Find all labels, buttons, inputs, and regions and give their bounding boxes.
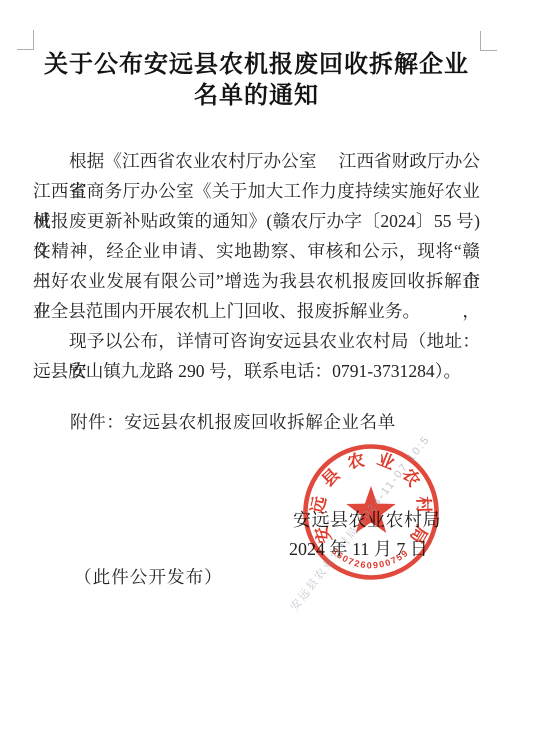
body-line: 江西省商务厅办公室《关于加大工作力度持续实施好农业机 — [33, 176, 480, 206]
document-body: 根据《江西省农业农村厅办公室 江西省财政厅办公室 江西省商务厅办公室《关于加大工… — [33, 146, 480, 386]
document-title: 关于公布安远县农机报废回收拆解企业 名单的通知 — [33, 50, 480, 112]
body-line: 在全县范围内开展农机上门回收、报废拆解业务。 — [33, 296, 480, 326]
body-line: 根据《江西省农业农村厅办公室 江西省财政厅办公室 — [33, 146, 480, 176]
body-line: 远县欣山镇九龙路 290 号，联系电话：0791-3731284）。 — [33, 356, 480, 386]
document-page: 关于公布安远县农机报废回收拆解企业 名单的通知 根据《江西省农业农村厅办公室 江… — [0, 0, 539, 731]
attachment-line: 附件：安远县农机报废回收拆解企业名单 — [70, 407, 396, 437]
text-boundary-mark-top-left — [17, 30, 34, 50]
body-line: 件精神，经企业申请、实地勘察、审核和公示，现将“赣州市 — [33, 236, 480, 266]
body-line: 械报废更新补贴政策的通知》(赣农厅办字〔2024〕55 号)文 — [33, 206, 480, 236]
title-line-2: 名单的通知 — [33, 81, 480, 112]
body-line: 现予以公布，详情可咨询安远县农业农村局（地址：安 — [33, 326, 480, 356]
official-seal: 安远县农业农村局 3607260900759 安远县农业农村局 2024-11-… — [300, 441, 442, 583]
public-release-note: （此件公开发布） — [74, 563, 223, 591]
text-boundary-mark-top-right — [480, 31, 497, 51]
title-line-1: 关于公布安远县农机报废回收拆解企业 — [33, 50, 480, 81]
body-line: 三好农业发展有限公司”增选为我县农机报废回收拆解企业， — [33, 266, 480, 296]
